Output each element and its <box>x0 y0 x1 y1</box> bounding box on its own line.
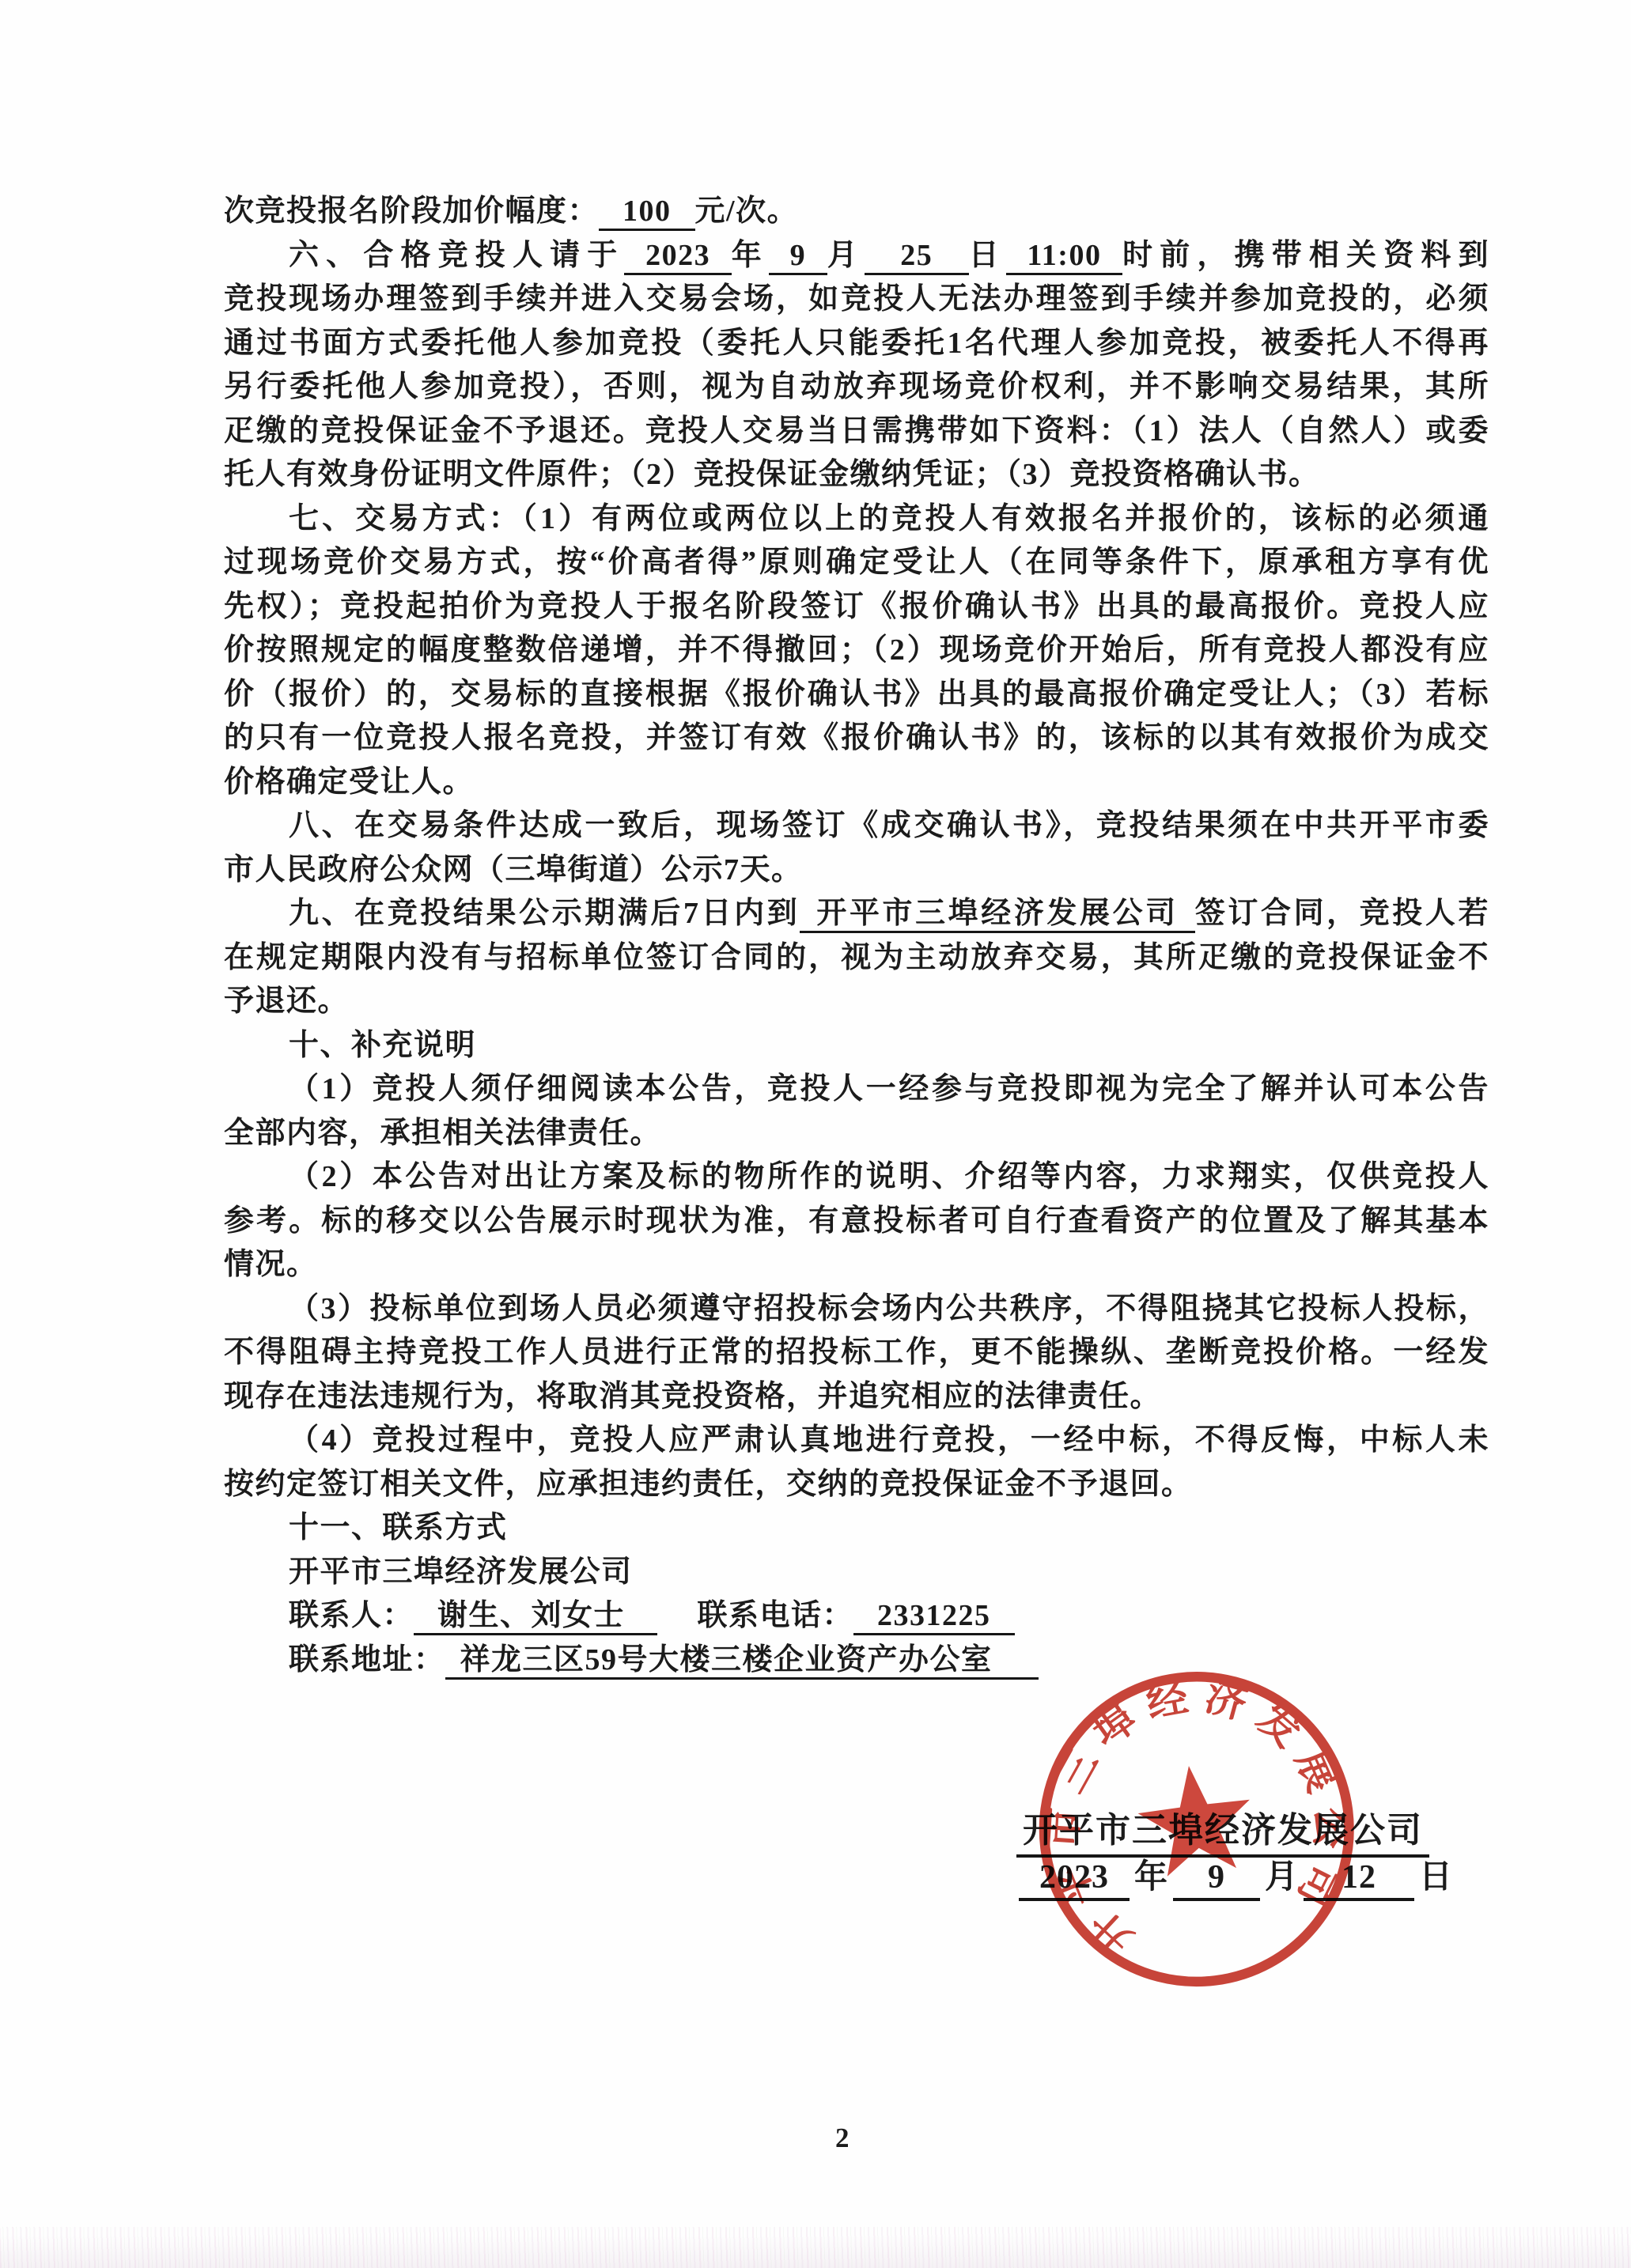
page-number: 2 <box>835 2122 850 2154</box>
text-segment: 现存在违法违规行为，将取消其竞投资格，并追究相应的法律责任。 <box>224 1380 1161 1413</box>
text-segment: 次竞投报名阶段加价幅度： <box>224 195 599 228</box>
document-line: 十一、联系方式 <box>224 1506 1489 1551</box>
text-segment: 先权）；竞投起拍价为竞投人于报名阶段签订《报价确认书》出具的最高报价。竞投人应 <box>224 590 1489 623</box>
document-line: 价格确定受让人。 <box>224 761 1489 805</box>
filled-blank: 2331225 <box>853 1599 1015 1635</box>
text-segment: 价（报价）的，交易标的直接根据《报价确认书》出具的最高报价确定受让人；（3）若标 <box>224 678 1489 711</box>
text-segment: 日 <box>969 239 1006 272</box>
company-seal-stamp-icon: 开平市三埠经济发展公司 <box>1005 1644 1389 2017</box>
document-line: 参考。标的移交以公告展示时现状为准，有意投标者可自行查看资产的位置及了解其基本 <box>224 1200 1489 1244</box>
text-segment: 价格确定受让人。 <box>224 765 474 799</box>
text-segment: （2）本公告对出让方案及标的物所作的说明、介绍等内容，力求翔实，仅供竞投人 <box>289 1160 1489 1193</box>
document-line: 全部内容，承担相关法律责任。 <box>224 1112 1489 1156</box>
text-segment: 在规定期限内没有与招标单位签订合同的，视为主动放弃交易，其所疋缴的竞投保证金不 <box>224 941 1489 974</box>
document-line: 另行委托他人参加竞投），否则，视为自动放弃现场竞价权利，并不影响交易结果，其所 <box>224 365 1489 410</box>
text-segment: 通过书面方式委托他人参加竞投（委托人只能委托1名代理人参加竞投，被委托人不得再 <box>224 327 1489 360</box>
text-segment: 全部内容，承担相关法律责任。 <box>224 1117 661 1150</box>
filled-blank: 25 <box>865 239 969 275</box>
document-line: 次竞投报名阶段加价幅度： 100 元/次。 <box>224 190 1489 234</box>
text-segment: 八、在交易条件达成一致后，现场签订《成交确认书》，竞投结果须在中共开平市委 <box>289 809 1489 842</box>
text-segment: 情况。 <box>224 1248 318 1281</box>
filled-blank: 11:00 <box>1006 239 1122 275</box>
text-segment: 不得阻碍主持竞投工作人员进行正常的招投标工作，更不能操纵、垄断竞投价格。一经发 <box>224 1336 1489 1369</box>
text-segment: 元/次。 <box>695 195 799 228</box>
text-segment: 价按照规定的幅度整数倍递增，并不得撤回；（2）现场竞价开始后，所有竞投人都没有应 <box>224 633 1489 667</box>
text-segment: （1）竞投人须仔细阅读本公告，竞投人一经参与竞投即视为完全了解并认可本公告 <box>289 1072 1489 1106</box>
text-segment: 竞投现场办理签到手续并进入交易会场，如竞投人无法办理签到手续并参加竞投的，必须 <box>224 282 1489 316</box>
filled-blank: 开平市三埠经济发展公司 <box>800 897 1195 933</box>
document-line: （3）投标单位到场人员必须遵守招投标会场内公共秩序，不得阻挠其它投标人投标， <box>224 1287 1489 1332</box>
filled-blank: 9 <box>769 239 827 275</box>
document-line: 不得阻碍主持竞投工作人员进行正常的招投标工作，更不能操纵、垄断竞投价格。一经发 <box>224 1331 1489 1375</box>
text-segment: 联系电话： <box>657 1599 853 1632</box>
text-segment: （4）竞投过程中，竞投人应严肃认真地进行竞投，一经中标，不得反悔，中标人未 <box>289 1423 1489 1457</box>
text-segment: 七、交易方式：（1）有两位或两位以上的竞投人有效报名并报价的，该标的必须通 <box>289 502 1489 535</box>
document-line: 七、交易方式：（1）有两位或两位以上的竞投人有效报名并报价的，该标的必须通 <box>224 497 1489 542</box>
text-segment: 联系地址： <box>289 1643 445 1676</box>
document-body: 次竞投报名阶段加价幅度： 100 元/次。六、合格竞投人请于 2023 年 9 … <box>224 190 1489 1682</box>
document-line: 八、在交易条件达成一致后，现场签订《成交确认书》，竞投结果须在中共开平市委 <box>224 804 1489 849</box>
document-line: 托人有效身份证明文件原件；（2）竞投保证金缴纳凭证；（3）竞投资格确认书。 <box>224 453 1489 497</box>
document-line: 按约定签订相关文件，应承担违约责任，交纳的竞投保证金不予退回。 <box>224 1463 1489 1507</box>
document-line: （4）竞投过程中，竞投人应严肃认真地进行竞投，一经中标，不得反悔，中标人未 <box>224 1419 1489 1463</box>
text-segment: 按约定签订相关文件，应承担违约责任，交纳的竞投保证金不予退回。 <box>224 1468 1193 1501</box>
scan-noise-band <box>0 2227 1631 2268</box>
text-segment: 参考。标的移交以公告展示时现状为准，有意投标者可自行查看资产的位置及了解其基本 <box>224 1204 1489 1238</box>
document-line: 开平市三埠经济发展公司 <box>224 1551 1489 1595</box>
text-segment: 过现场竞价交易方式，按“价高者得”原则确定受让人（在同等条件下，原承租方享有优 <box>224 546 1489 579</box>
text-segment: 开平市三埠经济发展公司 <box>289 1555 633 1589</box>
text-segment: 予退还。 <box>224 985 349 1018</box>
text-segment: 月 <box>827 239 865 272</box>
text-segment: 十一、联系方式 <box>289 1511 508 1544</box>
document-line: 价按照规定的幅度整数倍递增，并不得撤回；（2）现场竞价开始后，所有竞投人都没有应 <box>224 629 1489 673</box>
text-segment: 市人民政府公众网（三埠街道）公示7天。 <box>224 853 803 886</box>
scanned-document: { "page": { "number": "2" }, "colors": {… <box>0 0 1631 2268</box>
seal-star-icon <box>1133 1759 1258 1879</box>
document-line: 过现场竞价交易方式，按“价高者得”原则确定受让人（在同等条件下，原承租方享有优 <box>224 541 1489 585</box>
document-line: 价（报价）的，交易标的直接根据《报价确认书》出具的最高报价确定受让人；（3）若标 <box>224 673 1489 717</box>
text-segment: （3）投标单位到场人员必须遵守招投标会场内公共秩序，不得阻挠其它投标人投标， <box>289 1292 1489 1325</box>
document-line: 情况。 <box>224 1243 1489 1287</box>
text-segment: 九、在竞投结果公示期满后7日内到 <box>289 897 800 930</box>
document-line: （1）竞投人须仔细阅读本公告，竞投人一经参与竞投即视为完全了解并认可本公告 <box>224 1068 1489 1112</box>
text-segment: 托人有效身份证明文件原件；（2）竞投保证金缴纳凭证；（3）竞投资格确认书。 <box>224 458 1320 491</box>
document-line: 的只有一位竞投人报名竞投，并签订有效《报价确认书》的，该标的以其有效报价为成交 <box>224 716 1489 761</box>
filled-blank: 谢生、刘女士 <box>414 1599 657 1635</box>
document-line: 在规定期限内没有与招标单位签订合同的，视为主动放弃交易，其所疋缴的竞投保证金不 <box>224 936 1489 981</box>
document-line: 联系人： 谢生、刘女士 联系电话： 2331225 <box>224 1594 1489 1639</box>
seal-svg: 开平市三埠经济发展公司 <box>1005 1644 1389 2017</box>
text-segment: 签订合同，竞投人若 <box>1195 897 1489 930</box>
document-line: 现存在违法违规行为，将取消其竞投资格，并追究相应的法律责任。 <box>224 1375 1489 1419</box>
document-line: 竞投现场办理签到手续并进入交易会场，如竞投人无法办理签到手续并参加竞投的，必须 <box>224 278 1489 322</box>
document-line: 先权）；竞投起拍价为竞投人于报名阶段签订《报价确认书》出具的最高报价。竞投人应 <box>224 585 1489 629</box>
document-line: （2）本公告对出让方案及标的物所作的说明、介绍等内容，力求翔实，仅供竞投人 <box>224 1155 1489 1200</box>
document-line: 市人民政府公众网（三埠街道）公示7天。 <box>224 849 1489 893</box>
text-segment: 时前，携带相关资料到 <box>1122 239 1489 272</box>
text-segment: 另行委托他人参加竞投），否则，视为自动放弃现场竞价权利，并不影响交易结果，其所 <box>224 370 1489 403</box>
text-segment: 的只有一位竞投人报名竞投，并签订有效《报价确认书》的，该标的以其有效报价为成交 <box>224 721 1489 754</box>
text-segment: 疋缴的竞投保证金不予退还。竞投人交易当日需携带如下资料：（1）法人（自然人）或委 <box>224 414 1489 448</box>
filled-blank: 2023 <box>624 239 731 275</box>
filled-blank: 祥龙三区59号大楼三楼企业资产办公室 <box>445 1643 1039 1680</box>
text-segment: 十、补充说明 <box>289 1029 476 1062</box>
document-line: 六、合格竞投人请于 2023 年 9 月 25 日 11:00 时前，携带相关资… <box>224 234 1489 278</box>
signature-date-day-unit: 日 <box>1419 1859 1453 1896</box>
document-line: 通过书面方式委托他人参加竞投（委托人只能委托1名代理人参加竞投，被委托人不得再 <box>224 322 1489 366</box>
document-page: 次竞投报名阶段加价幅度： 100 元/次。六、合格竞投人请于 2023 年 9 … <box>0 0 1631 2268</box>
text-segment: 联系人： <box>289 1599 414 1632</box>
text-segment: 六、合格竞投人请于 <box>289 239 624 272</box>
document-line: 疋缴的竞投保证金不予退还。竞投人交易当日需携带如下资料：（1）法人（自然人）或委 <box>224 410 1489 454</box>
filled-blank: 100 <box>599 195 695 231</box>
document-line: 九、在竞投结果公示期满后7日内到 开平市三埠经济发展公司 签订合同，竞投人若 <box>224 892 1489 936</box>
document-line: 予退还。 <box>224 980 1489 1024</box>
text-segment: 年 <box>732 239 769 272</box>
document-line: 十、补充说明 <box>224 1024 1489 1068</box>
